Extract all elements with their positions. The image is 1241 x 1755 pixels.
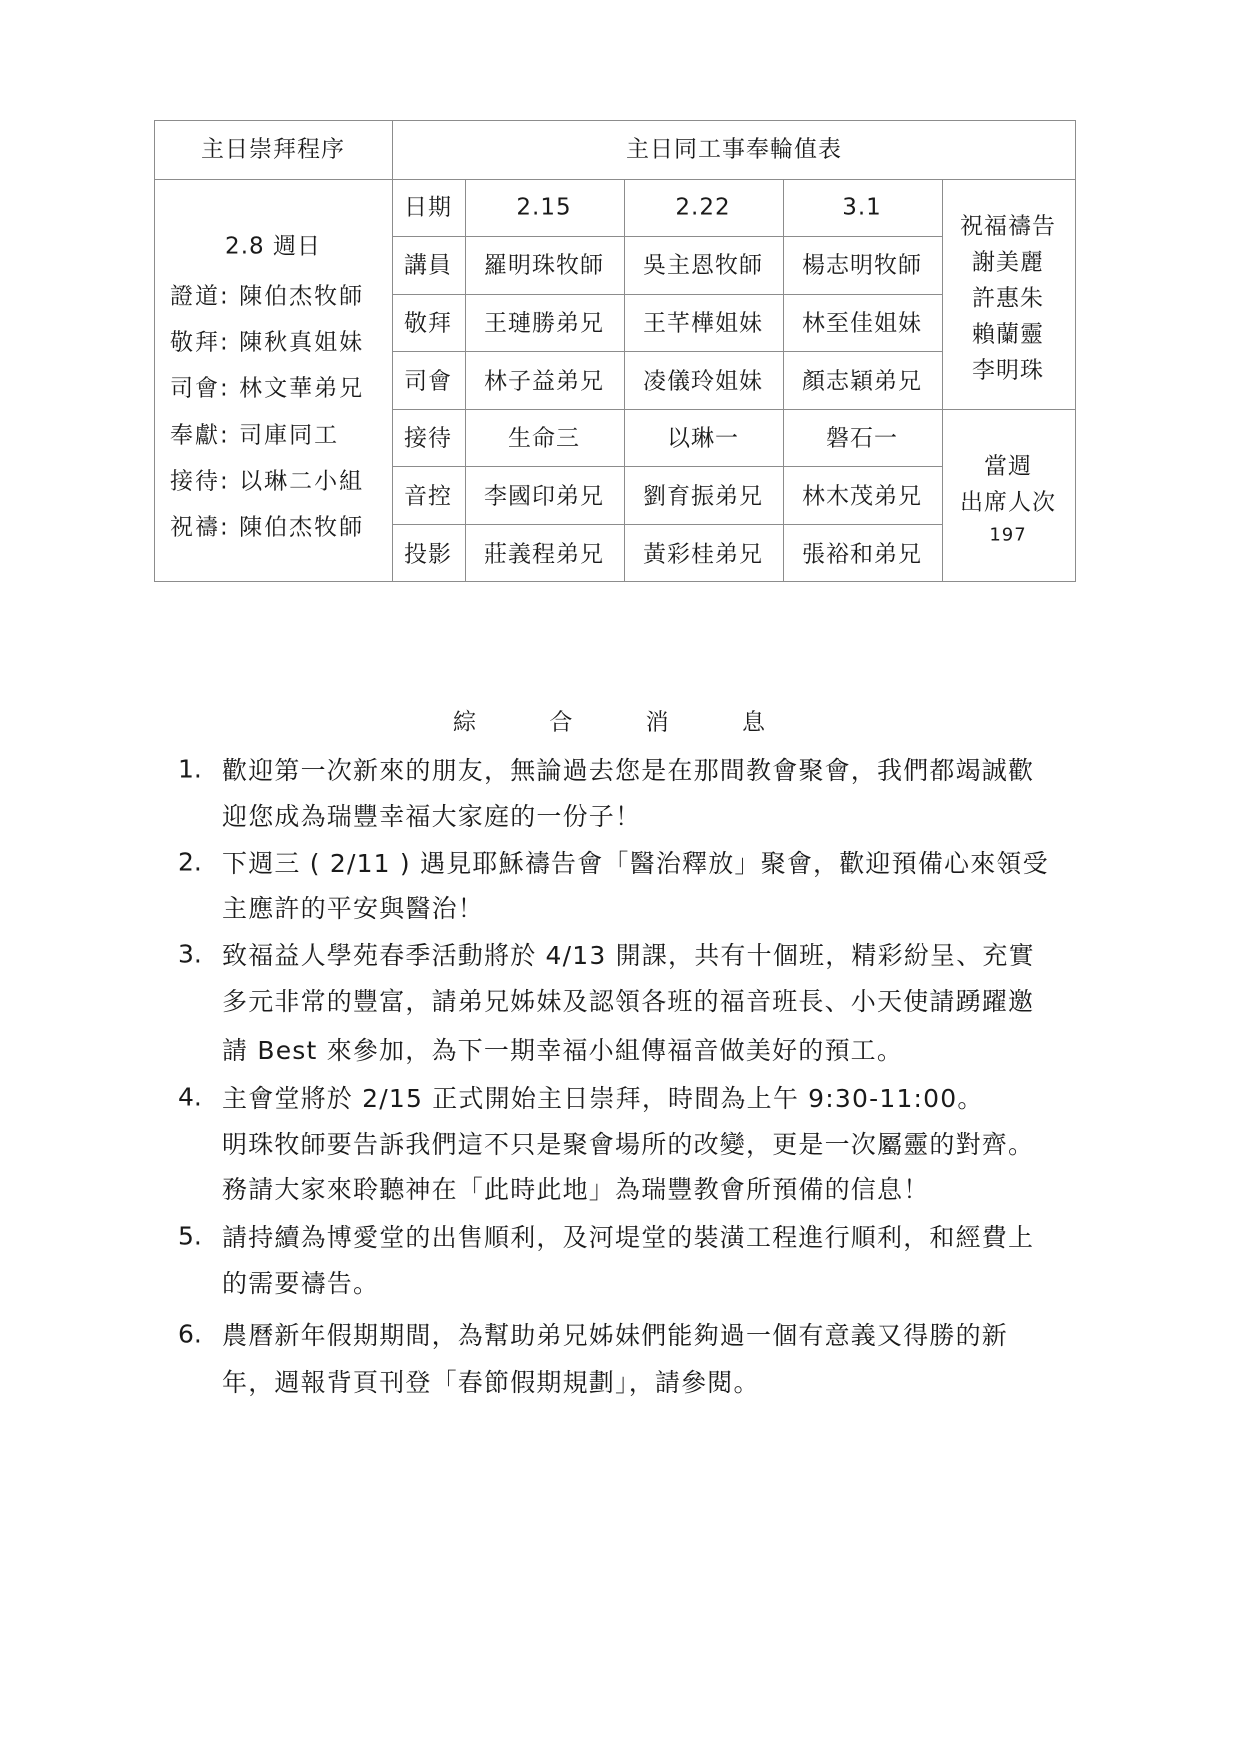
blessing-name: 賴蘭靈 [972, 316, 1044, 349]
date-cell: 3.1 [842, 197, 882, 220]
rota-cell: 劉育振弟兄 [643, 486, 763, 509]
rota-cell: 顏志穎弟兄 [802, 371, 922, 394]
rota-cell: 王芊樺姐妹 [643, 313, 763, 336]
divider [154, 179, 1076, 180]
item-text: 請 Best 來參加，為下一期幸福小組傳福音做美好的預工。 [222, 1031, 903, 1067]
role-label: 接待: [170, 469, 230, 495]
item-text: 歡迎第一次新來的朋友，無論過去您是在那間教會聚會，我們都竭誠歡 [222, 751, 1034, 787]
order-item-reception: 接待: 以琳二小組 [170, 463, 364, 496]
role-label: 音控 [404, 486, 452, 509]
divider [392, 351, 942, 352]
date-cell: 2.15 [516, 197, 571, 220]
divider [392, 524, 942, 525]
item-text: 的需要禱告。 [222, 1264, 379, 1300]
blessing-name: 許惠朱 [972, 280, 1044, 313]
rota-cell: 楊志明牧師 [802, 255, 922, 278]
item-text: 明珠牧師要告訴我們這不只是聚會場所的改變，更是一次屬靈的對齊。 [222, 1125, 1034, 1161]
role-label: 敬拜: [170, 330, 230, 356]
rota-cell: 吳主恩牧師 [643, 255, 763, 278]
divider [392, 466, 942, 467]
order-item-worship: 敬拜: 陳秋真姐妹 [170, 324, 364, 357]
divider [392, 236, 942, 237]
item-text: 迎您成為瑞豐幸福大家庭的一份子！ [222, 797, 641, 833]
blessing-title: 祝福禱告 [960, 208, 1056, 241]
worship-order-header: 主日崇拜程序 [201, 139, 345, 162]
divider [392, 409, 1076, 410]
rota-cell: 李國印弟兄 [484, 486, 604, 509]
rota-cell: 磐石一 [826, 428, 898, 451]
item-number: 2. [178, 848, 202, 877]
item-number: 6. [178, 1320, 202, 1349]
rota-cell: 莊義程弟兄 [484, 544, 604, 567]
attendance-label: 出席人次 [960, 484, 1056, 517]
divider [783, 179, 784, 582]
divider [392, 294, 942, 295]
date-label: 日期 [404, 197, 452, 220]
rota-cell: 凌儀玲姐妹 [643, 371, 763, 394]
item-text: 務請大家來聆聽神在「此時此地」為瑞豐教會所預備的信息！ [222, 1170, 929, 1206]
item-text: 多元非常的豐富，請弟兄姊妹及認領各班的福音班長、小天使請踴躍邀 [222, 982, 1034, 1018]
rota-cell: 以琳一 [667, 428, 739, 451]
item-number: 5. [178, 1222, 202, 1251]
role-label: 祝禱: [170, 515, 230, 541]
person-name: 以琳二小組 [239, 469, 364, 495]
rota-cell: 林木茂弟兄 [802, 486, 922, 509]
role-label: 司會: [170, 376, 230, 402]
rota-cell: 張裕和弟兄 [802, 544, 922, 567]
item-text: 主應許的平安與醫治！ [222, 889, 484, 925]
person-name: 司庫同工 [239, 423, 339, 449]
role-label: 證道: [170, 284, 230, 310]
item-number: 3. [178, 940, 202, 969]
rota-cell: 林至佳姐妹 [802, 313, 922, 336]
attendance-count: 197 [989, 525, 1026, 546]
rota-cell: 羅明珠牧師 [484, 255, 604, 278]
order-item-offering: 奉獻: 司庫同工 [170, 417, 339, 450]
divider [465, 179, 466, 582]
attendance-label: 當週 [984, 448, 1032, 481]
person-name: 陳伯杰牧師 [239, 515, 364, 541]
rota-cell: 黃彩桂弟兄 [643, 544, 763, 567]
role-label: 司會 [404, 371, 452, 394]
date-cell: 2.22 [675, 197, 730, 220]
role-label: 投影 [404, 544, 452, 567]
news-title: 綜 合 消 息 [453, 704, 787, 737]
blessing-name: 李明珠 [972, 352, 1044, 385]
rota-cell: 生命三 [508, 428, 580, 451]
item-text: 下週三 ( 2/11 ) 遇見耶穌禱告會「醫治釋放」聚會，歡迎預備心來領受 [222, 844, 1049, 880]
item-text: 年，週報背頁刊登「春節假期規劃」，請參閱。 [222, 1363, 760, 1399]
role-label: 接待 [404, 428, 452, 451]
person-name: 林文華弟兄 [239, 376, 364, 402]
order-item-benediction: 祝禱: 陳伯杰牧師 [170, 509, 364, 542]
service-date: 2.8 週日 [225, 236, 321, 259]
item-number: 4. [178, 1083, 202, 1112]
order-item-host: 司會: 林文華弟兄 [170, 370, 364, 403]
role-label: 講員 [404, 255, 452, 278]
person-name: 陳秋真姐妹 [239, 330, 364, 356]
item-number: 1. [178, 755, 202, 784]
rota-cell: 王璉勝弟兄 [484, 313, 604, 336]
order-item-sermon: 證道: 陳伯杰牧師 [170, 278, 364, 311]
blessing-name: 謝美麗 [972, 244, 1044, 277]
item-text: 主會堂將於 2/15 正式開始主日崇拜，時間為上午 9:30-11:00。 [222, 1079, 984, 1115]
divider [942, 179, 943, 582]
item-text: 請持續為博愛堂的出售順利，及河堤堂的裝潢工程進行順利，和經費上 [222, 1218, 1034, 1254]
role-label: 奉獻: [170, 423, 230, 449]
item-text: 農曆新年假期期間，為幫助弟兄姊妹們能夠過一個有意義又得勝的新 [222, 1316, 1008, 1352]
rota-header: 主日同工事奉輪值表 [626, 139, 842, 162]
rota-cell: 林子益弟兄 [484, 371, 604, 394]
item-text: 致福益人學苑春季活動將於 4/13 開課，共有十個班，精彩紛呈、充實 [222, 936, 1035, 972]
divider [624, 179, 625, 582]
person-name: 陳伯杰牧師 [239, 284, 364, 310]
role-label: 敬拜 [404, 313, 452, 336]
